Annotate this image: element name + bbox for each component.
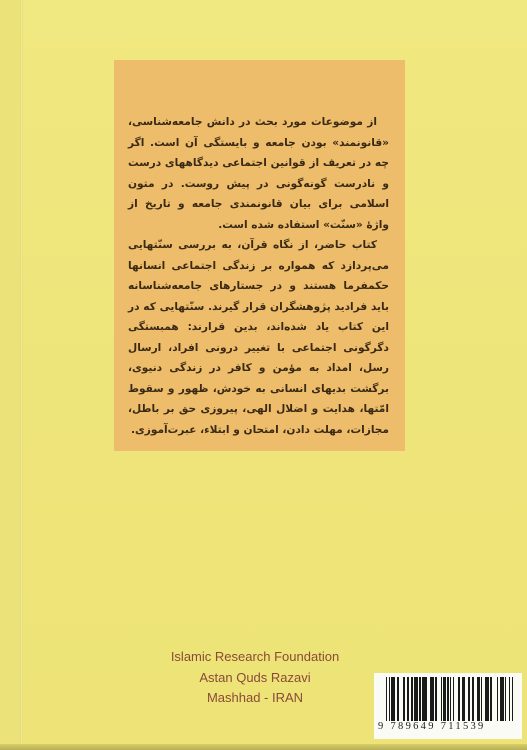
- barcode-bar: [497, 677, 498, 721]
- blurb-text: از موضوعات مورد بحث در دانش جامعه‌شناسی،…: [128, 112, 389, 440]
- publisher-info: Islamic Research Foundation Astan Quds R…: [160, 647, 350, 709]
- barcode-digits: 9 789649 711539: [378, 721, 517, 733]
- barcode-bar: [435, 677, 436, 721]
- barcode-bar: [509, 677, 510, 721]
- blurb-panel: از موضوعات مورد بحث در دانش جامعه‌شناسی،…: [114, 60, 405, 451]
- barcode-bar: [407, 677, 408, 721]
- publisher-name: Islamic Research Foundation: [160, 647, 350, 668]
- barcode-bar: [414, 677, 418, 721]
- isbn-barcode: 9 789649 711539: [374, 673, 522, 739]
- barcode-bar: [397, 677, 400, 721]
- barcode-bar: [430, 677, 434, 721]
- blurb-paragraph-2: کتاب حاضر، از نگاه قرآن، به بررسی سنّتها…: [128, 235, 389, 440]
- barcode-bar: [505, 677, 506, 721]
- spine-crease: [20, 0, 23, 750]
- barcode-bar: [443, 677, 446, 721]
- barcode-bar: [447, 677, 448, 721]
- barcode-bars: [386, 677, 513, 721]
- barcode-bar: [391, 677, 395, 721]
- barcode-bar: [389, 677, 390, 721]
- barcode-bar: [441, 677, 442, 721]
- barcode-bar: [462, 677, 465, 721]
- bottom-edge: [0, 744, 527, 750]
- barcode-bar: [490, 677, 491, 721]
- barcode-bar: [453, 677, 454, 721]
- barcode-bar: [468, 677, 471, 721]
- barcode-bar: [481, 677, 482, 721]
- barcode-bar: [419, 677, 420, 721]
- book-back-cover: از موضوعات مورد بحث در دانش جامعه‌شناسی،…: [0, 0, 527, 750]
- spine-shade: [0, 0, 20, 750]
- publisher-location: Mashhad - IRAN: [160, 688, 350, 709]
- barcode-bar: [477, 677, 480, 721]
- barcode-bar: [485, 677, 489, 721]
- barcode-bar: [386, 677, 387, 721]
- barcode-bar: [500, 677, 504, 721]
- barcode-bar: [512, 677, 513, 721]
- barcode-bar: [411, 677, 412, 721]
- barcode-bar: [472, 677, 475, 721]
- blurb-paragraph-1: از موضوعات مورد بحث در دانش جامعه‌شناسی،…: [128, 112, 389, 235]
- barcode-bar: [450, 677, 451, 721]
- publisher-organization: Astan Quds Razavi: [160, 668, 350, 689]
- barcode-bar: [458, 677, 459, 721]
- barcode-bar: [403, 677, 404, 721]
- barcode-bar: [422, 677, 427, 721]
